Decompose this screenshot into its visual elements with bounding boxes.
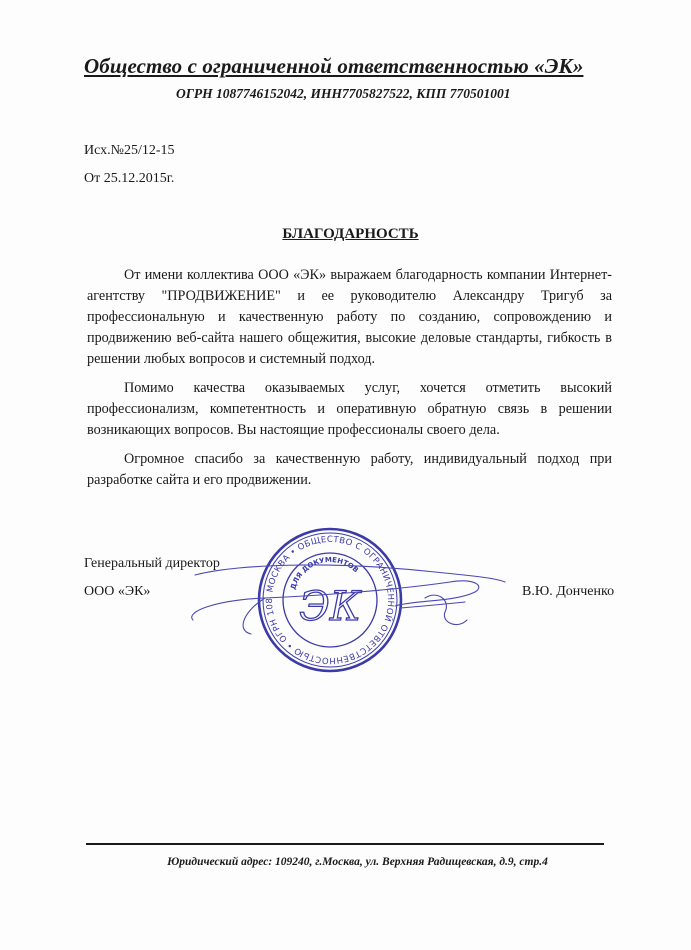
footer-legal-address: Юридический адрес: 109240, г.Москва, ул.… <box>0 856 691 868</box>
letterhead-org-name: Общество с ограниченной ответственностью… <box>84 54 604 79</box>
signatory-organization: ООО «ЭК» <box>84 584 150 600</box>
body-paragraph-3: Огромное спасибо за качественную работу,… <box>87 449 612 491</box>
svg-text:МОСКВА • ОБЩЕСТВО С ОГРАНИЧЕНН: МОСКВА • ОБЩЕСТВО С ОГРАНИЧЕННОЙ ОТВЕТСТ… <box>175 520 395 665</box>
document-title: БЛАГОДАРНОСТЬ <box>0 226 691 243</box>
footer-divider <box>86 843 604 845</box>
body-paragraph-2: Помимо качества оказываемых услуг, хочет… <box>87 378 612 441</box>
paragraph-text: Огромное спасибо за качественную работу,… <box>87 451 612 488</box>
body-paragraph-1: От имени коллектива ООО «ЭК» выражаем бл… <box>87 265 612 370</box>
letter-page: Общество с ограниченной ответственностью… <box>0 0 691 950</box>
stamp-icon: МОСКВА • ОБЩЕСТВО С ОГРАНИЧЕННОЙ ОТВЕТСТ… <box>175 520 401 671</box>
outgoing-number: Исх.№25/12-15 <box>84 143 175 159</box>
letterhead-org-ids: ОГРН 1087746152042, ИНН7705827522, КПП 7… <box>176 86 511 102</box>
svg-text:ЭК: ЭК <box>299 584 362 630</box>
paragraph-text: Помимо качества оказываемых услуг, хочет… <box>87 380 612 438</box>
company-stamp-and-signature: МОСКВА • ОБЩЕСТВО С ОГРАНИЧЕННОЙ ОТВЕТСТ… <box>175 520 545 680</box>
document-date: От 25.12.2015г. <box>84 171 174 187</box>
paragraph-text: От имени коллектива ООО «ЭК» выражаем бл… <box>87 267 612 367</box>
